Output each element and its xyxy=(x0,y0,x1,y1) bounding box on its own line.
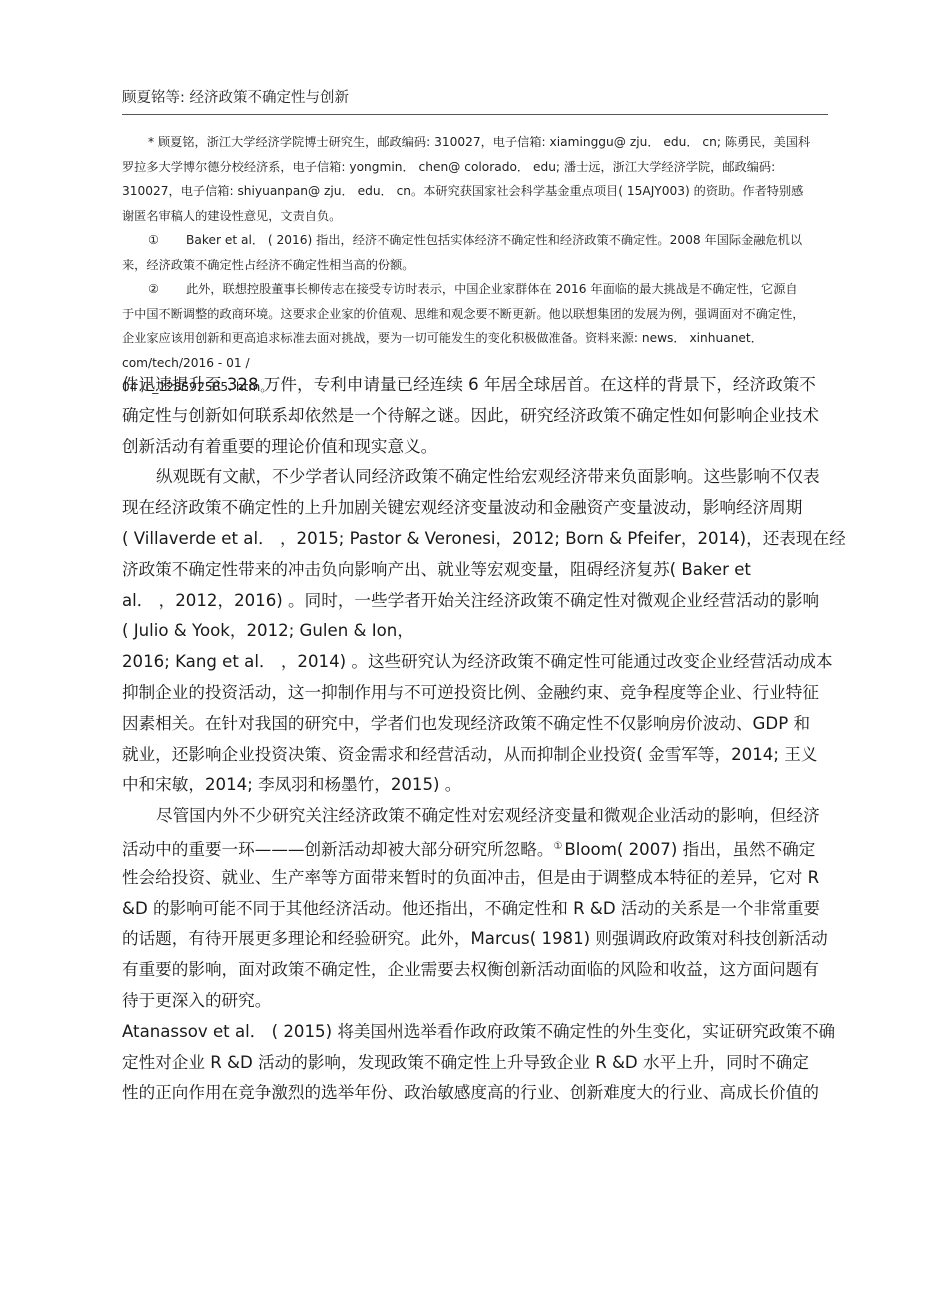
paragraph-3-line: 性会给投资、就业、生产率等方面带来暂时的负面冲击，但是由于调整成本特征的差异，它… xyxy=(122,863,834,894)
paragraph-1-line: 确定性与创新如何联系却依然是一个待解之谜。因此，研究经济政策不确定性如何影响企业… xyxy=(122,401,834,432)
footnote-1-line: 来，经济政策不确定性占经济不确定性相当高的份额。 xyxy=(122,253,834,278)
footnote-2-line: 企业家应该用创新和更高追求标准去面对挑战，要为一切可能发生的变化积极做准备。资料… xyxy=(122,326,834,351)
running-head: 顾夏铭等: 经济政策不确定性与创新 xyxy=(122,86,349,107)
body-text: 件迅速提升至 328 万件，专利申请量已经连续 6 年居全球居首。在这样的背景下… xyxy=(122,370,834,1109)
footnote-1-line: ①Baker et al． ( 2016) 指出，经济不确定性包括实体经济不确定… xyxy=(122,228,834,253)
paragraph-2-line: ( Villaverde et al． ，2015; Pastor & Vero… xyxy=(122,524,834,555)
paragraph-2-line: 济政策不确定性带来的冲击负向影响产出、就业等宏观变量，阻碍经济复苏( Baker… xyxy=(122,555,834,586)
author-note-line: 谢匿名审稿人的建设性意见，文责自负。 xyxy=(122,204,834,229)
paragraph-2-line: 就业，还影响企业投资决策、资金需求和经营活动，从而抑制企业投资( 金雪军等，20… xyxy=(122,740,834,771)
paragraph-2-line: 因素相关。在针对我国的研究中，学者们也发现经济政策不确定性不仅影响房价波动、GD… xyxy=(122,709,834,740)
paragraph-4-line: 性的正向作用在竞争激烈的选举年份、政治敏感度高的行业、创新难度大的行业、高成长价… xyxy=(122,1078,834,1109)
author-note-line: * 顾夏铭，浙江大学经济学院博士研究生，邮政编码: 310027，电子信箱: x… xyxy=(122,130,834,155)
paragraph-2-line: 2016; Kang et al． ，2014) 。这些研究认为经济政策不确定性… xyxy=(122,647,834,678)
paragraph-2-line: 纵观既有文献，不少学者认同经济政策不确定性给宏观经济带来负面影响。这些影响不仅表 xyxy=(122,462,834,493)
footnotes: * 顾夏铭，浙江大学经济学院博士研究生，邮政编码: 310027，电子信箱: x… xyxy=(122,130,834,400)
paragraph-text: 活动中的重要一环———创新活动却被大部分研究所忽略。 xyxy=(122,840,553,859)
footnote-2-line: ②此外，联想控股董事长柳传志在接受专访时表示，中国企业家群体在 2016 年面临… xyxy=(122,277,834,302)
paragraph-2-line: 中和宋敏，2014; 李凤羽和杨墨竹，2015) 。 xyxy=(122,770,834,801)
paragraph-3-line: 有重要的影响，面对政策不确定性，企业需要去权衡创新活动面临的风险和收益，这方面问… xyxy=(122,955,834,986)
paragraph-3-line: 活动中的重要一环———创新活动却被大部分研究所忽略。①Bloom( 2007) … xyxy=(122,832,834,863)
paragraph-3-line: 的话题，有待开展更多理论和经验研究。此外，Marcus( 1981) 则强调政府… xyxy=(122,924,834,955)
footnote-reference[interactable]: ① xyxy=(553,841,562,852)
author-note-line: 罗拉多大学博尔德分校经济系，电子信箱: yongmin． chen@ color… xyxy=(122,155,834,180)
paragraph-3-line: 待于更深入的研究。 xyxy=(122,986,834,1017)
paragraph-1-line: 创新活动有着重要的理论价值和现实意义。 xyxy=(122,432,834,463)
footnote-text: Baker et al． ( 2016) 指出，经济不确定性包括实体经济不确定性… xyxy=(186,233,802,247)
header-rule xyxy=(122,114,828,115)
paragraph-2-line: ( Julio & Yook，2012; Gulen & Ion， xyxy=(122,616,834,647)
paragraph-4-line: 定性对企业 R &D 活动的影响，发现政策不确定性上升导致企业 R &D 水平上… xyxy=(122,1048,834,1079)
footnote-marker: ② xyxy=(148,277,186,302)
author-note-line: 310027，电子信箱: shiyuanpan@ zju． edu． cn。本研… xyxy=(122,179,834,204)
footnote-2-line: 于中国不断调整的政商环境。这要求企业家的价值观、思维和观念要不断更新。他以联想集… xyxy=(122,302,834,327)
paragraph-3-line: 尽管国内外不少研究关注经济政策不确定性对宏观经济变量和微观企业活动的影响，但经济 xyxy=(122,801,834,832)
footnote-marker: ① xyxy=(148,228,186,253)
paragraph-4-line: Atanassov et al． ( 2015) 将美国州选举看作政府政策不确定… xyxy=(122,1017,834,1048)
paragraph-2-line: 现在经济政策不确定性的上升加剧关键宏观经济变量波动和金融资产变量波动，影响经济周… xyxy=(122,493,834,524)
paragraph-3-line: &D 的影响可能不同于其他经济活动。他还指出，不确定性和 R &D 活动的关系是… xyxy=(122,894,834,925)
paragraph-1-line: 件迅速提升至 328 万件，专利申请量已经连续 6 年居全球居首。在这样的背景下… xyxy=(122,370,834,401)
paragraph-2-line: 抑制企业的投资活动，这一抑制作用与不可逆投资比例、金融约束、竞争程度等企业、行业… xyxy=(122,678,834,709)
footnote-text: 此外，联想控股董事长柳传志在接受专访时表示，中国企业家群体在 2016 年面临的… xyxy=(186,282,798,296)
paragraph-text: Bloom( 2007) 指出，虽然不确定 xyxy=(564,840,815,859)
paper-page: 顾夏铭等: 经济政策不确定性与创新 * 顾夏铭，浙江大学经济学院博士研究生，邮政… xyxy=(0,0,950,1290)
paragraph-2-line: al． ，2012，2016) 。同时，一些学者开始关注经济政策不确定性对微观企… xyxy=(122,586,834,617)
